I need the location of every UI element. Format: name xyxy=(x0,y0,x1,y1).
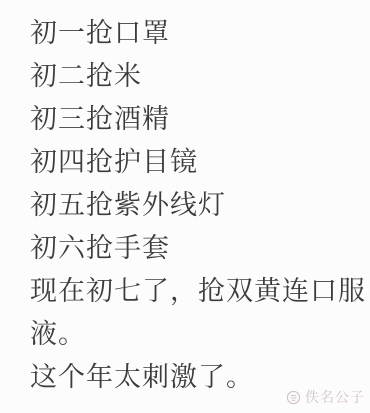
seal-icon xyxy=(286,390,301,405)
text-line: 液。 xyxy=(30,313,366,356)
text-block: 初一抢口罩 初二抢米 初三抢酒精 初四抢护目镜 初五抢紫外线灯 初六抢手套 现在… xyxy=(30,12,366,399)
text-line: 现在初七了，抢双黄连口服 xyxy=(30,270,366,313)
text-line: 初一抢口罩 xyxy=(30,12,366,55)
text-line: 初三抢酒精 xyxy=(30,98,366,141)
text-line: 初五抢紫外线灯 xyxy=(30,184,366,227)
text-line: 初六抢手套 xyxy=(30,227,366,270)
text-line: 初二抢米 xyxy=(30,55,366,98)
watermark-text: 佚名公子 xyxy=(305,387,365,407)
watermark: 佚名公子 xyxy=(286,387,365,407)
text-line: 初四抢护目镜 xyxy=(30,141,366,184)
